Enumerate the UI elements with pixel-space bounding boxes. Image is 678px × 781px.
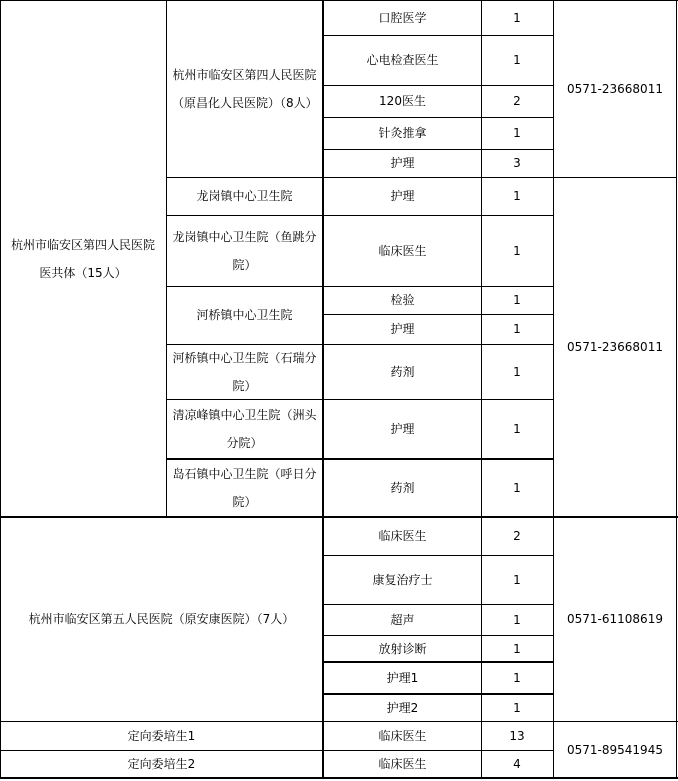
unit-name: 清凉峰镇中心卫生院（洲头分院） bbox=[172, 401, 317, 457]
trainee-cell: 定向委培生1 bbox=[0, 721, 323, 750]
table-border bbox=[0, 777, 678, 779]
row-divider bbox=[166, 344, 553, 345]
position-count: 2 bbox=[513, 522, 521, 550]
count-cell: 1 bbox=[481, 177, 553, 215]
position-count: 1 bbox=[513, 474, 521, 502]
phone-cell: 0571-23668011 bbox=[553, 177, 677, 517]
row-divider bbox=[324, 635, 553, 636]
row-divider bbox=[324, 117, 553, 118]
group-cell: 杭州市临安区第五人民医院（原安康医院）（7人） bbox=[0, 517, 323, 721]
count-cell: 1 bbox=[481, 604, 553, 635]
phone-number: 0571-61108619 bbox=[567, 605, 663, 633]
count-cell: 1 bbox=[481, 459, 553, 517]
position-title: 临床医生 bbox=[378, 522, 426, 550]
count-cell: 3 bbox=[481, 149, 553, 177]
row-divider bbox=[324, 693, 553, 695]
group-name: 杭州市临安区第四人民医院医共体（15人） bbox=[6, 231, 160, 287]
row-divider bbox=[166, 215, 553, 216]
position-count: 1 bbox=[513, 237, 521, 265]
position-title: 临床医生 bbox=[378, 237, 426, 265]
position-count: 1 bbox=[513, 566, 521, 594]
unit-cell: 龙岗镇中心卫生院（鱼跳分院） bbox=[166, 215, 323, 286]
unit-name: 河桥镇中心卫生院（石瑞分院） bbox=[172, 344, 317, 400]
position-title: 护理 bbox=[390, 149, 414, 177]
row-divider bbox=[166, 286, 553, 287]
position-cell: 康复治疗士 bbox=[324, 555, 481, 604]
count-cell: 2 bbox=[481, 85, 553, 117]
position-title: 药剂 bbox=[390, 358, 414, 386]
count-cell: 1 bbox=[481, 35, 553, 85]
position-count: 1 bbox=[513, 694, 521, 722]
group-cell: 杭州市临安区第四人民医院医共体（15人） bbox=[0, 0, 166, 517]
column-divider bbox=[166, 0, 167, 517]
position-count: 1 bbox=[513, 119, 521, 147]
group-divider bbox=[0, 516, 678, 518]
position-count: 13 bbox=[509, 722, 524, 750]
position-cell: 检验 bbox=[324, 286, 481, 314]
count-cell: 1 bbox=[481, 555, 553, 604]
position-title: 康复治疗士 bbox=[372, 566, 432, 594]
position-title: 口腔医学 bbox=[378, 4, 426, 32]
count-cell: 1 bbox=[481, 635, 553, 662]
row-divider bbox=[324, 85, 553, 86]
unit-name: 岛石镇中心卫生院（呼日分院） bbox=[172, 460, 317, 516]
position-count: 1 bbox=[513, 182, 521, 210]
position-count: 1 bbox=[513, 415, 521, 443]
row-divider bbox=[166, 399, 553, 400]
position-title: 临床医生 bbox=[378, 750, 426, 778]
position-cell: 护理 bbox=[324, 149, 481, 177]
row-divider bbox=[166, 177, 676, 178]
position-title: 护理1 bbox=[387, 664, 419, 692]
position-title: 超声 bbox=[390, 606, 414, 634]
row-divider bbox=[324, 35, 553, 36]
unit-cell: 河桥镇中心卫生院（石瑞分院） bbox=[166, 344, 323, 399]
position-title: 临床医生 bbox=[378, 722, 426, 750]
position-count: 4 bbox=[513, 750, 521, 778]
recruitment-table: 杭州市临安区第四人民医院医共体（15人） 杭州市临安区第四人民医院（原昌化人民医… bbox=[0, 0, 678, 781]
trainee-cell: 定向委培生2 bbox=[0, 750, 323, 778]
phone-number: 0571-23668011 bbox=[567, 333, 663, 361]
position-title: 药剂 bbox=[390, 474, 414, 502]
position-count: 1 bbox=[513, 46, 521, 74]
unit-cell: 河桥镇中心卫生院 bbox=[166, 286, 323, 344]
table-border bbox=[0, 0, 1, 779]
position-cell: 药剂 bbox=[324, 459, 481, 517]
count-cell: 1 bbox=[481, 117, 553, 149]
position-cell: 心电检查医生 bbox=[324, 35, 481, 85]
position-cell: 超声 bbox=[324, 604, 481, 635]
position-cell: 临床医生 bbox=[324, 750, 481, 778]
position-count: 1 bbox=[513, 664, 521, 692]
position-cell: 护理 bbox=[324, 314, 481, 344]
count-cell: 1 bbox=[481, 662, 553, 694]
table-border bbox=[0, 0, 678, 1]
phone-number: 0571-89541945 bbox=[567, 736, 663, 764]
position-title: 护理 bbox=[390, 182, 414, 210]
phone-cell: 0571-23668011 bbox=[553, 0, 677, 177]
row-divider bbox=[324, 555, 553, 556]
position-title: 120医生 bbox=[379, 87, 426, 115]
position-cell: 口腔医学 bbox=[324, 0, 481, 35]
position-count: 2 bbox=[513, 87, 521, 115]
row-divider bbox=[166, 458, 553, 460]
count-cell: 1 bbox=[481, 286, 553, 314]
unit-name: 龙岗镇中心卫生院 bbox=[196, 182, 292, 210]
count-cell: 1 bbox=[481, 215, 553, 286]
column-divider bbox=[553, 0, 554, 779]
position-title: 心电检查医生 bbox=[366, 46, 438, 74]
row-divider bbox=[0, 750, 553, 751]
unit-cell: 岛石镇中心卫生院（呼日分院） bbox=[166, 459, 323, 517]
phone-cell: 0571-89541945 bbox=[553, 721, 677, 778]
position-count: 1 bbox=[513, 286, 521, 314]
position-cell: 药剂 bbox=[324, 344, 481, 399]
count-cell: 4 bbox=[481, 750, 553, 778]
position-cell: 临床医生 bbox=[324, 215, 481, 286]
phone-number: 0571-23668011 bbox=[567, 75, 663, 103]
table-border bbox=[676, 0, 677, 779]
count-cell: 1 bbox=[481, 399, 553, 459]
position-cell: 120医生 bbox=[324, 85, 481, 117]
row-divider bbox=[324, 604, 553, 605]
position-count: 1 bbox=[513, 315, 521, 343]
position-cell: 护理 bbox=[324, 177, 481, 215]
position-title: 放射诊断 bbox=[378, 635, 426, 663]
row-divider bbox=[324, 661, 553, 663]
position-cell: 放射诊断 bbox=[324, 635, 481, 662]
position-title: 护理2 bbox=[387, 694, 419, 722]
position-count: 1 bbox=[513, 606, 521, 634]
count-cell: 1 bbox=[481, 344, 553, 399]
position-title: 护理 bbox=[390, 315, 414, 343]
position-count: 1 bbox=[513, 635, 521, 663]
position-title: 检验 bbox=[390, 286, 414, 314]
position-title: 护理 bbox=[390, 415, 414, 443]
position-cell: 护理2 bbox=[324, 694, 481, 721]
group-name: 杭州市临安区第五人民医院（原安康医院）（7人） bbox=[29, 605, 295, 633]
position-count: 1 bbox=[513, 4, 521, 32]
count-cell: 1 bbox=[481, 694, 553, 721]
position-cell: 针灸推拿 bbox=[324, 117, 481, 149]
unit-name: 杭州市临安区第四人民医院（原昌化人民医院）（8人） bbox=[172, 61, 317, 117]
group-divider bbox=[0, 721, 678, 722]
position-count: 1 bbox=[513, 358, 521, 386]
unit-cell: 清凉峰镇中心卫生院（洲头分院） bbox=[166, 399, 323, 459]
count-cell: 2 bbox=[481, 517, 553, 555]
row-divider bbox=[324, 149, 553, 150]
row-divider bbox=[324, 314, 553, 315]
unit-cell: 杭州市临安区第四人民医院（原昌化人民医院）（8人） bbox=[166, 0, 323, 177]
position-cell: 护理1 bbox=[324, 662, 481, 694]
trainee-name: 定向委培生2 bbox=[128, 750, 196, 778]
count-cell: 1 bbox=[481, 314, 553, 344]
position-title: 针灸推拿 bbox=[378, 119, 426, 147]
position-cell: 护理 bbox=[324, 399, 481, 459]
unit-name: 龙岗镇中心卫生院（鱼跳分院） bbox=[172, 223, 317, 279]
position-cell: 临床医生 bbox=[324, 721, 481, 750]
trainee-name: 定向委培生1 bbox=[128, 722, 196, 750]
position-count: 3 bbox=[513, 149, 521, 177]
position-cell: 临床医生 bbox=[324, 517, 481, 555]
phone-cell: 0571-61108619 bbox=[553, 517, 677, 721]
unit-cell: 龙岗镇中心卫生院 bbox=[166, 177, 323, 215]
unit-name: 河桥镇中心卫生院 bbox=[196, 301, 292, 329]
count-cell: 1 bbox=[481, 0, 553, 35]
count-cell: 13 bbox=[481, 721, 553, 750]
